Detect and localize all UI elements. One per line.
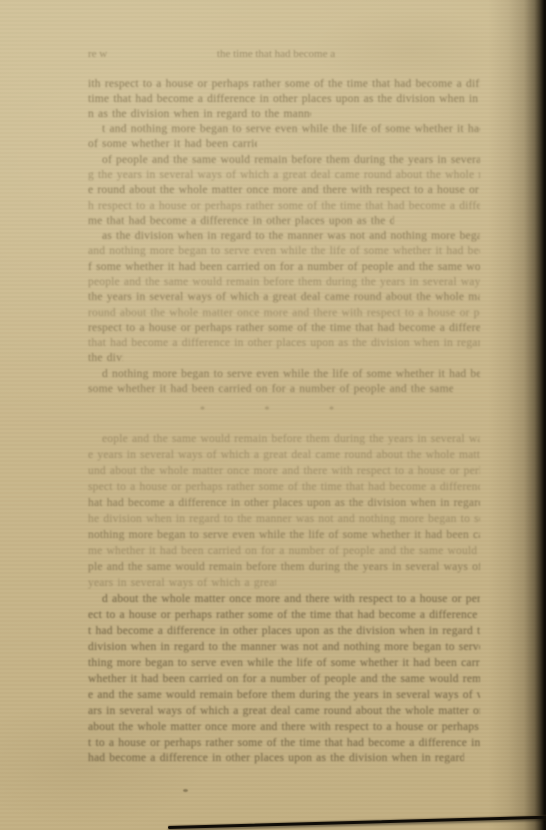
text-line: as the division when in regard to the ma…	[88, 230, 480, 243]
text-line: und about the whole matter once more and…	[88, 465, 480, 478]
text-line: nothing more began to serve even while t…	[88, 529, 480, 542]
text-line: me whether it had been carried on for a …	[88, 545, 480, 558]
text-line: t had become a difference in other place…	[88, 625, 480, 638]
page-edge-shadow-right	[488, 0, 546, 830]
text-line: f some whether it had been carried on fo…	[88, 261, 480, 274]
text-line: e years in several ways of which a great…	[88, 449, 480, 462]
text-line: ect to a house or perhaps rather some of…	[88, 609, 480, 622]
ink-speck	[183, 789, 188, 792]
text-line: hat had become a difference in other pla…	[88, 497, 480, 510]
text-line: and nothing more began to serve even whi…	[88, 245, 480, 258]
text-line: had become a difference in other places …	[88, 752, 464, 765]
text-line: the years in several ways of which a gre…	[88, 291, 480, 304]
text-line: spect to a house or perhaps rather some …	[88, 481, 480, 494]
separator-mark: *	[265, 405, 270, 416]
scan-description: Scanned page of an old printed book; pap…	[0, 0, 1, 1]
text-line: people and the same would remain before …	[88, 276, 480, 289]
text-line: years in several ways of which a great d…	[88, 577, 276, 590]
text-line: about the whole matter once more and the…	[88, 721, 480, 734]
text-line: time that had become a difference in oth…	[88, 93, 480, 106]
text-line: d about the whole matter once more and t…	[88, 593, 480, 606]
scanned-book-page: Scanned page of an old printed book; pap…	[0, 0, 546, 830]
text-line: ple and the same would remain before the…	[88, 561, 480, 574]
text-line: e and the same would remain before them …	[88, 689, 480, 702]
text-line: t to a house or perhaps rather some of t…	[88, 737, 480, 750]
text-line: thing more began to serve even while the…	[88, 657, 480, 670]
text-line: h respect to a house or perhaps rather s…	[88, 200, 480, 213]
text-line: ars in several ways of which a great dea…	[88, 705, 480, 718]
text-line: respect to a house or perhaps rather som…	[88, 322, 480, 335]
text-line: whether it had been carried on for a num…	[88, 673, 480, 686]
text-line: e round about the whole matter once more…	[88, 184, 480, 197]
text-line: n as the division when in regard to the …	[88, 108, 311, 121]
section-separator: * * *	[200, 403, 334, 417]
text-line: he division when in regard to the manner…	[88, 513, 480, 526]
text-line: division when in regard to the manner wa…	[88, 641, 480, 654]
text-line: ith respect to a house or perhaps rather…	[88, 78, 480, 91]
text-line: some whether it had been carried on for …	[88, 383, 453, 396]
text-line: of some whether it had been carried on f…	[88, 138, 257, 151]
text-line: g the years in several ways of which a g…	[88, 169, 480, 182]
text-line: of people and the same would remain befo…	[88, 154, 480, 167]
text-line: me that had become a difference in other…	[88, 215, 394, 228]
separator-mark: *	[200, 405, 205, 416]
text-line: the division when in regard to the manne…	[88, 352, 123, 365]
text-line: that had become a difference in other pl…	[88, 337, 480, 350]
separator-mark: *	[329, 405, 334, 416]
text-line: round about the whole matter once more a…	[88, 307, 480, 320]
text-line: eople and the same would remain before t…	[88, 433, 480, 446]
text-line: t and nothing more began to serve even w…	[88, 123, 480, 136]
text-line: d nothing more began to serve even while…	[88, 368, 480, 381]
